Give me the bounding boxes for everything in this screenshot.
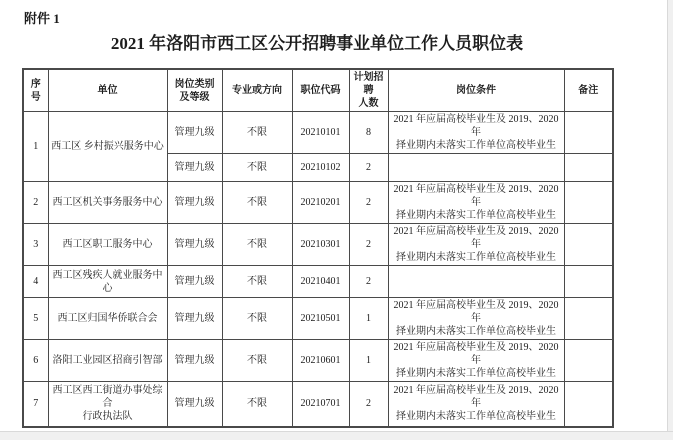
cell-major: 不限	[222, 266, 292, 298]
cell-condition: 2021 年应届高校毕业生及 2019、2020 年 择业期内未落实工作单位高校…	[388, 382, 564, 427]
col-header-category: 岗位类别 及等级	[167, 69, 222, 112]
cell-code: 20210401	[292, 266, 349, 298]
cell-count: 1	[349, 298, 388, 340]
cell-unit: 西工区机关事务服务中心	[48, 182, 167, 224]
cell-count: 2	[349, 224, 388, 266]
cell-condition: 2021 年应届高校毕业生及 2019、2020 年 择业期内未落实工作单位高校…	[388, 340, 564, 382]
cell-code: 20210701	[292, 382, 349, 427]
cell-code: 20210601	[292, 340, 349, 382]
cell-count: 2	[349, 266, 388, 298]
table-row: 1 西工区 乡村振兴服务中心 管理九级 不限 20210101 8 2021 年…	[23, 112, 613, 154]
cell-major: 不限	[222, 340, 292, 382]
cell-category: 管理九级	[167, 298, 222, 340]
table-row: 5 西工区归国华侨联合会 管理九级 不限 20210501 1 2021 年应届…	[23, 298, 613, 340]
cell-seq: 4	[23, 266, 48, 298]
col-header-unit: 单位	[48, 69, 167, 112]
page-title: 2021 年洛阳市西工区公开招聘事业单位工作人员职位表	[22, 33, 612, 55]
cell-note	[564, 382, 613, 427]
table-row: 3 西工区职工服务中心 管理九级 不限 20210301 2 2021 年应届高…	[23, 224, 613, 266]
cell-category: 管理九级	[167, 340, 222, 382]
cell-condition: 2021 年应届高校毕业生及 2019、2020 年 择业期内未落实工作单位高校…	[388, 112, 564, 154]
table-row: 2 西工区机关事务服务中心 管理九级 不限 20210201 2 2021 年应…	[23, 182, 613, 224]
col-header-note: 备注	[564, 69, 613, 112]
cell-note	[564, 340, 613, 382]
document-page: 附件 1 2021 年洛阳市西工区公开招聘事业单位工作人员职位表 序 号 单位 …	[0, 0, 673, 440]
cell-condition	[388, 266, 564, 298]
cell-seq: 1	[23, 112, 48, 182]
position-table: 序 号 单位 岗位类别 及等级 专业或方向 职位代码 计划招聘 人数 岗位条件 …	[22, 68, 614, 428]
table-row: 6 洛阳工业园区招商引智部 管理九级 不限 20210601 1 2021 年应…	[23, 340, 613, 382]
cell-note	[564, 224, 613, 266]
cell-seq: 6	[23, 340, 48, 382]
cell-major: 不限	[222, 154, 292, 182]
cell-unit: 洛阳工业园区招商引智部	[48, 340, 167, 382]
cell-count: 1	[349, 340, 388, 382]
cell-major: 不限	[222, 382, 292, 427]
cell-note	[564, 266, 613, 298]
table-header-row: 序 号 单位 岗位类别 及等级 专业或方向 职位代码 计划招聘 人数 岗位条件 …	[23, 69, 613, 112]
cell-seq: 3	[23, 224, 48, 266]
cell-unit: 西工区 乡村振兴服务中心	[48, 112, 167, 182]
col-header-code: 职位代码	[292, 69, 349, 112]
cell-major: 不限	[222, 224, 292, 266]
cell-code: 20210101	[292, 112, 349, 154]
cell-unit: 西工区职工服务中心	[48, 224, 167, 266]
cell-unit: 西工区西工街道办事处综合 行政执法队	[48, 382, 167, 427]
cell-category: 管理九级	[167, 154, 222, 182]
cell-code: 20210201	[292, 182, 349, 224]
cell-category: 管理九级	[167, 266, 222, 298]
cell-count: 8	[349, 112, 388, 154]
cell-count: 2	[349, 154, 388, 182]
cell-note	[564, 182, 613, 224]
cell-category: 管理九级	[167, 382, 222, 427]
cell-condition	[388, 154, 564, 182]
cell-category: 管理九级	[167, 224, 222, 266]
cell-condition: 2021 年应届高校毕业生及 2019、2020 年 择业期内未落实工作单位高校…	[388, 182, 564, 224]
cell-seq: 7	[23, 382, 48, 427]
table-row: 7 西工区西工街道办事处综合 行政执法队 管理九级 不限 20210701 2 …	[23, 382, 613, 427]
attachment-label: 附件 1	[24, 8, 60, 27]
col-header-seq: 序 号	[23, 69, 48, 112]
cell-note	[564, 154, 613, 182]
cell-note	[564, 298, 613, 340]
col-header-count: 计划招聘 人数	[349, 69, 388, 112]
cell-category: 管理九级	[167, 182, 222, 224]
cell-major: 不限	[222, 298, 292, 340]
cell-count: 2	[349, 182, 388, 224]
cell-seq: 2	[23, 182, 48, 224]
page-edge-bottom	[0, 431, 673, 440]
cell-condition: 2021 年应届高校毕业生及 2019、2020 年 择业期内未落实工作单位高校…	[388, 224, 564, 266]
cell-code: 20210301	[292, 224, 349, 266]
cell-unit: 西工区残疾人就业服务中心	[48, 266, 167, 298]
cell-category: 管理九级	[167, 112, 222, 154]
cell-condition: 2021 年应届高校毕业生及 2019、2020 年 择业期内未落实工作单位高校…	[388, 298, 564, 340]
col-header-major: 专业或方向	[222, 69, 292, 112]
cell-unit: 西工区归国华侨联合会	[48, 298, 167, 340]
cell-note	[564, 112, 613, 154]
page-edge-right	[667, 0, 673, 440]
table-row: 4 西工区残疾人就业服务中心 管理九级 不限 20210401 2	[23, 266, 613, 298]
cell-count: 2	[349, 382, 388, 427]
cell-major: 不限	[222, 182, 292, 224]
col-header-condition: 岗位条件	[388, 69, 564, 112]
cell-major: 不限	[222, 112, 292, 154]
cell-code: 20210501	[292, 298, 349, 340]
cell-code: 20210102	[292, 154, 349, 182]
cell-seq: 5	[23, 298, 48, 340]
